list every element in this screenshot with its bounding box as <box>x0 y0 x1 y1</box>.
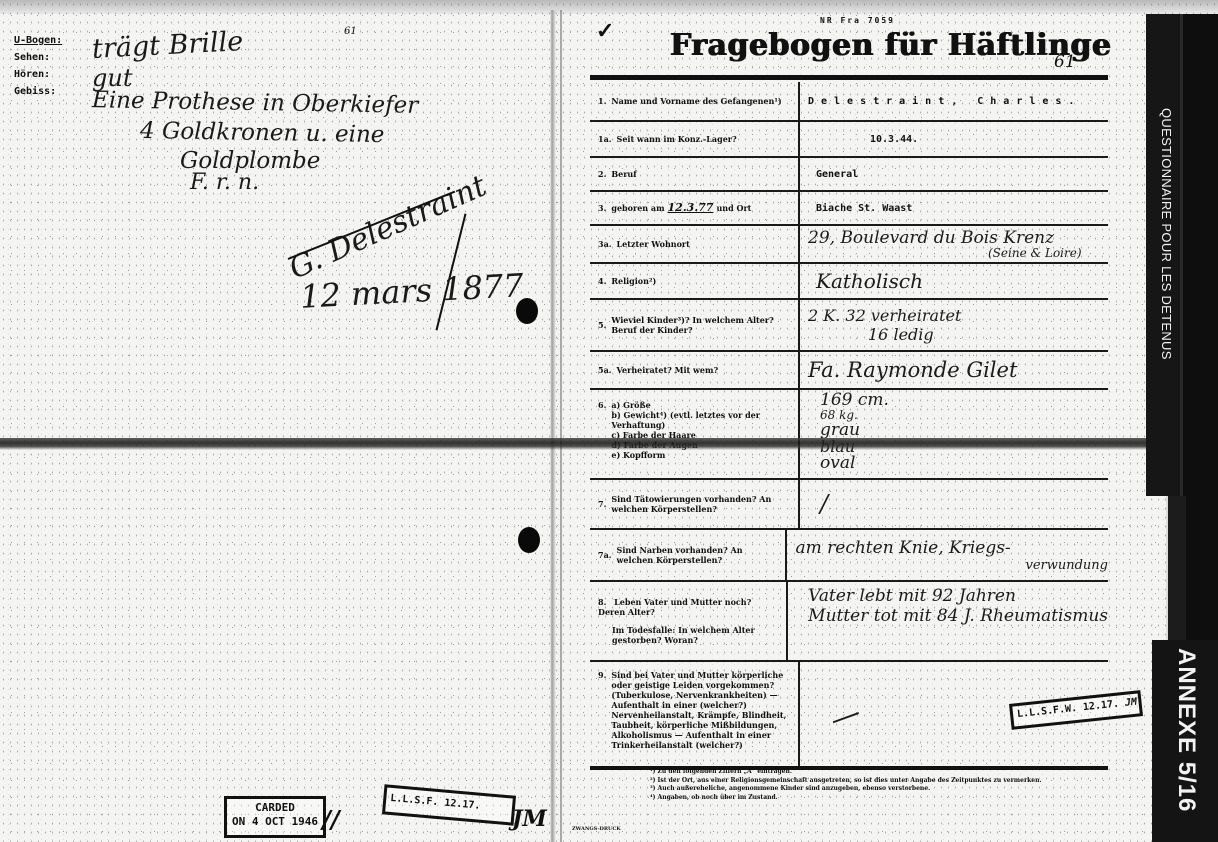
question-text: geboren am <box>611 203 664 213</box>
footnote-2: ²) Ist der Ort, aus einer Religionsgemei… <box>650 777 1042 786</box>
answer-head-shape: oval <box>820 455 1108 472</box>
answer-weight: 68 kg. <box>820 409 1108 422</box>
question-text: Letzter Wohnort <box>617 239 690 249</box>
question-number: 3. <box>598 203 606 213</box>
ink-slash-mark: // <box>322 805 340 834</box>
answer-residence-line2: (Seine & Loire) <box>808 247 1108 259</box>
answer-cell: General <box>798 158 1108 190</box>
form-row-scars: 7a. Sind Narben vorhanden? An welchen Kö… <box>590 530 1108 582</box>
form-row-born: 3. geboren am 12.3.77 und Ort Biache St.… <box>590 192 1108 226</box>
answer-cell: 2 K. 32 verheiratet 16 ledig <box>798 300 1108 350</box>
horizontal-fold <box>0 438 1150 450</box>
answer-married: Fa. Raymonde Gilet <box>808 358 1108 382</box>
answer-name: Delestraint, Charles. <box>808 96 1108 107</box>
form-row-last-residence: 3a. Letzter Wohnort 29, Boulevard du Boi… <box>590 226 1108 264</box>
answer-cell: Katholisch <box>798 264 1108 298</box>
spine-label-annexe: ANNEXE 5/16 <box>1160 648 1200 842</box>
question-text: Sind bei Vater und Mutter körperliche od… <box>611 670 792 750</box>
spine-label-questionnaire: QUESTIONNAIRE POUR LES DETENUS <box>1156 108 1174 418</box>
answer-cell: Delestraint, Charles. <box>798 82 1108 120</box>
footnote-1: ¹) Zu den folgenden Ziffern „A“ eintrage… <box>650 768 1042 777</box>
handwriting-gebiss-2: 4 Goldkronen u. eine <box>140 118 385 148</box>
label-hoeren: Hören: <box>14 66 62 83</box>
question-height: a) Größe <box>611 400 792 410</box>
question-text: Seit wann im Konz.-Lager? <box>617 134 737 144</box>
question-number: 5. <box>598 320 606 330</box>
question-cell: 1a. Seit wann im Konz.-Lager? <box>590 122 798 156</box>
scan-top-edge <box>0 0 1218 14</box>
answer-residence: 29, Boulevard du Bois Krenz <box>808 230 1108 247</box>
question-text: Sind Tätowierungen vorhanden? An welchen… <box>611 494 792 514</box>
form-row-children: 5. Wieviel Kinder³)? In welchem Alter? B… <box>590 300 1108 352</box>
question-text-suffix: und Ort <box>716 203 751 213</box>
form-row-tattoos: 7. Sind Tätowierungen vorhanden? An welc… <box>590 480 1108 530</box>
question-number: 1. <box>598 96 606 106</box>
lls-stamp-left: L.L.S.F. 12.17. <box>382 784 516 825</box>
form-row-religion: 4. Religion²) Katholisch <box>590 264 1108 300</box>
right-page-number: 61 <box>1054 52 1076 72</box>
form-row-name: 1. Name und Vorname des Gefangenen¹) Del… <box>590 82 1108 122</box>
carded-stamp-line1: CARDED <box>227 801 323 815</box>
answer-cell: 169 cm. 68 kg. grau blau oval <box>798 390 1108 478</box>
binder-tab-middle <box>1166 496 1186 646</box>
footnotes: ¹) Zu den folgenden Ziffern „A“ eintrage… <box>650 768 1042 802</box>
label-sehen: Sehen: <box>14 49 62 66</box>
punch-hole-bottom <box>518 527 540 553</box>
answer-father: Vater lebt mit 92 Jahren <box>808 586 1108 606</box>
questionnaire-table: 1. Name und Vorname des Gefangenen¹) Del… <box>590 82 1108 770</box>
answer-birthplace: Biache St. Waast <box>816 203 1108 214</box>
question-text: Sind Narben vorhanden? An welchen Körper… <box>617 545 780 565</box>
question-text-multi: a) Größe b) Gewicht⁴) (evtl. letztes vor… <box>611 400 792 460</box>
question-text: Name und Vorname des Gefangenen¹) <box>611 96 781 106</box>
form-row-physical: 6. a) Größe b) Gewicht⁴) (evtl. letztes … <box>590 390 1108 480</box>
handwriting-sehen: trägt Brille <box>91 26 244 65</box>
answer-cell: Fa. Raymonde Gilet <box>798 352 1108 388</box>
answer-height: 169 cm. <box>820 392 1108 409</box>
question-number: 7. <box>598 499 606 509</box>
answer-mother: Mutter tot mit 84 J. Rheumatismus <box>808 606 1108 626</box>
carded-stamp: CARDED ON 4 OCT 1946 <box>224 796 326 838</box>
question-text: 8. Leben Vater und Mutter noch? Deren Al… <box>598 597 780 617</box>
answer-hair-color: grau <box>820 422 1108 439</box>
printer-mark: ZWANGS-DRUCK <box>572 826 621 832</box>
question-cell: 4. Religion²) <box>590 264 798 298</box>
answer-hereditary: — <box>825 691 875 738</box>
form-row-parents: 8. Leben Vater und Mutter noch? Deren Al… <box>590 582 1108 662</box>
check-mark-icon: ✓ <box>596 18 614 44</box>
question-cell: 3a. Letzter Wohnort <box>590 226 798 262</box>
question-cell: 6. a) Größe b) Gewicht⁴) (evtl. letztes … <box>590 390 798 478</box>
footnote-4: ⁴) Angaben, ob noch über im Zustand. <box>650 794 1042 803</box>
lls-stamp-right-initials: JM <box>1124 697 1137 709</box>
vertical-fold <box>550 10 556 842</box>
question-number: 2. <box>598 169 606 179</box>
answer-tattoos: / <box>820 490 1108 518</box>
question-number: 6. <box>598 400 606 410</box>
lls-stamp-left-initials: JM <box>512 806 547 832</box>
vertical-fold-line <box>560 10 562 842</box>
question-number: 1a. <box>598 134 612 144</box>
carded-stamp-line2: ON 4 OCT 1946 <box>227 815 323 829</box>
question-cell: 7. Sind Tätowierungen vorhanden? An welc… <box>590 480 798 528</box>
answer-cell: 10.3.44. <box>798 122 1108 156</box>
question-number: 8. <box>598 597 606 607</box>
signature-date: 12 mars 1877 <box>299 266 524 316</box>
question-number: 5a. <box>598 365 612 375</box>
form-title: Fragebogen für Häftlinge <box>670 28 1112 63</box>
answer-cell: / <box>798 480 1108 528</box>
question-cell: 7a. Sind Narben vorhanden? An welchen Kö… <box>590 530 785 580</box>
question-number: 3a. <box>598 239 612 249</box>
reference-number: NR Fra 7059 <box>820 16 895 25</box>
answer-cell: 29, Boulevard du Bois Krenz (Seine & Loi… <box>798 226 1108 262</box>
answer-religion: Katholisch <box>816 269 1108 293</box>
answer-cell: Biache St. Waast <box>798 192 1108 224</box>
left-field-labels: U-Bogen: Sehen: Hören: Gebiss: <box>14 32 62 100</box>
question-cell: 5. Wieviel Kinder³)? In welchem Alter? B… <box>590 300 798 350</box>
answer-children: 2 K. 32 verheiratet <box>808 306 1108 325</box>
question-head-shape: e) Kopfform <box>611 450 792 460</box>
question-cell: 1. Name und Vorname des Gefangenen¹) <box>590 82 798 120</box>
question-cell: 3. geboren am 12.3.77 und Ort <box>590 192 798 224</box>
question-text: Wieviel Kinder³)? In welchem Alter? Beru… <box>611 315 792 335</box>
handwriting-initials: F. r. n. <box>190 170 259 195</box>
form-row-since-camp: 1a. Seit wann im Konz.-Lager? 10.3.44. <box>590 122 1108 158</box>
answer-scars: am rechten Knie, Kriegs- <box>795 538 1108 558</box>
question-number: 4. <box>598 276 606 286</box>
handwriting-gebiss-1: Eine Prothese in Oberkiefer <box>92 87 419 119</box>
question-cell: 8. Leben Vater und Mutter noch? Deren Al… <box>590 582 786 660</box>
answer-profession: General <box>816 169 1108 180</box>
question-cell: 2. Beruf <box>590 158 798 190</box>
punch-hole-top <box>516 298 538 324</box>
question-text: Beruf <box>611 169 636 179</box>
label-gebiss: Gebiss: <box>14 83 62 100</box>
form-row-married: 5a. Verheiratet? Mit wem? Fa. Raymonde G… <box>590 352 1108 390</box>
question-parents-death: Im Todesfalle: In welchem Alter gestorbe… <box>598 625 780 645</box>
left-page-number: 61 <box>344 26 357 37</box>
question-parents-alive: Leben Vater und Mutter noch? Deren Alter… <box>598 597 751 617</box>
question-cell: 9. Sind bei Vater und Mutter körperliche… <box>590 662 798 766</box>
answer-cell: am rechten Knie, Kriegs- verwundung <box>785 530 1108 580</box>
lls-stamp-right-text: L.L.S.F.W. 12.17. <box>1017 699 1120 721</box>
question-number: 7a. <box>598 550 612 560</box>
title-rule <box>590 75 1108 80</box>
answer-children-line2: 16 ledig <box>808 325 1108 344</box>
footnote-3: ³) Auch außereheliche, angenommene Kinde… <box>650 785 1042 794</box>
question-cell: 5a. Verheiratet? Mit wem? <box>590 352 798 388</box>
question-text: Religion²) <box>611 276 656 286</box>
born-date: 12.3.77 <box>668 203 714 213</box>
question-weight: b) Gewicht⁴) (evtl. letztes vor der Verh… <box>611 410 792 430</box>
question-text: Verheiratet? Mit wem? <box>617 365 719 375</box>
label-u-bogen: U-Bogen: <box>14 32 62 49</box>
form-row-profession: 2. Beruf General <box>590 158 1108 192</box>
question-number: 9. <box>598 670 606 680</box>
answer-scars-line2: verwundung <box>795 558 1108 573</box>
answer-cell: Vater lebt mit 92 Jahren Mutter tot mit … <box>786 582 1108 660</box>
answer-since-camp: 10.3.44. <box>870 134 1108 145</box>
